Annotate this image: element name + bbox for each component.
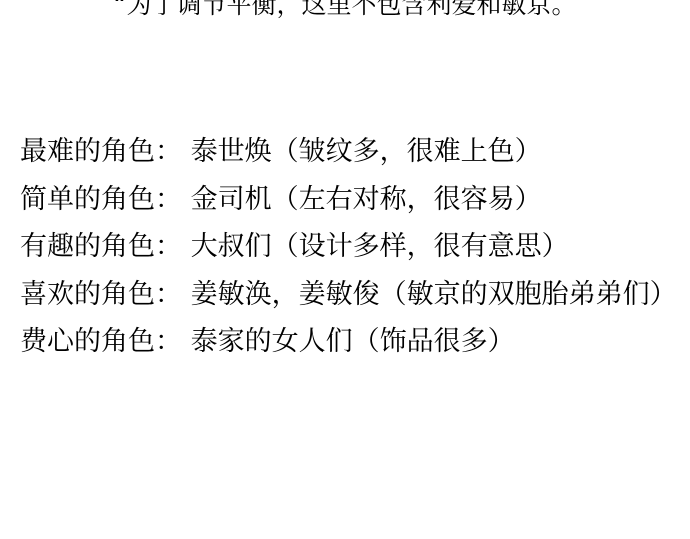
list-item-interesting-character: 有趣的角色： 大叔们（设计多样，很有意思） (20, 223, 677, 271)
intro-line: “为了调节平衡，这里不包含利爱和敏京。 (0, 0, 690, 20)
character-list: 最难的角色： 泰世焕（皱纹多，很难上色） 简单的角色： 金司机（左右对称，很容易… (20, 128, 677, 366)
page: “为了调节平衡，这里不包含利爱和敏京。 最难的角色： 泰世焕（皱纹多，很难上色）… (0, 0, 690, 539)
list-item-favorite-character: 喜欢的角色： 姜敏涣，姜敏俊（敏京的双胞胎弟弟们） (20, 271, 677, 319)
list-item-laborious-character: 费心的角色： 泰家的女人们（饰品很多） (20, 318, 677, 366)
list-item-easiest-character: 简单的角色： 金司机（左右对称，很容易） (20, 176, 677, 224)
list-item-hardest-character: 最难的角色： 泰世焕（皱纹多，很难上色） (20, 128, 677, 176)
